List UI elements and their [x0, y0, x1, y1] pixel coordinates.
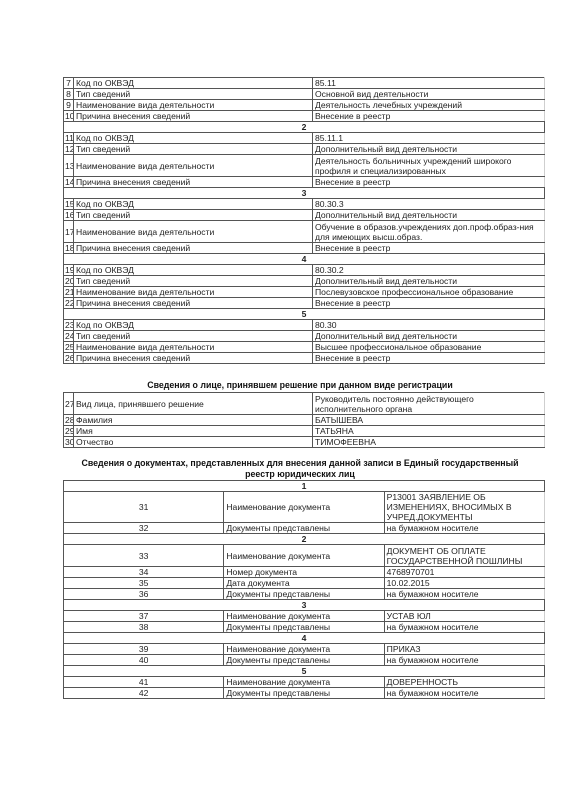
row-label: Наименование документа	[224, 611, 384, 622]
row-value: на бумажном носителе	[384, 523, 544, 534]
row-number: 39	[64, 644, 224, 655]
section-number-row: 1	[64, 481, 545, 492]
table-row: 37Наименование документаУСТАВ ЮЛ	[64, 611, 545, 622]
table-row: 10Причина внесения сведенийВнесение в ре…	[64, 111, 545, 122]
row-label: Код по ОКВЭД	[74, 199, 313, 210]
row-number: 14	[64, 177, 74, 188]
section-number: 3	[64, 188, 545, 199]
row-value: Внесение в реестр	[313, 177, 545, 188]
row-number: 9	[64, 100, 74, 111]
table-row: 33Наименование документаДОКУМЕНТ ОБ ОПЛА…	[64, 545, 545, 567]
row-number: 29	[64, 426, 74, 437]
table-row: 13Наименование вида деятельностиДеятельн…	[64, 155, 545, 177]
row-label: Наименование вида деятельности	[74, 100, 313, 111]
section-number: 2	[64, 122, 545, 133]
row-label: Документы представлены	[224, 622, 384, 633]
table-row: 28ФамилияБАТЫШЕВА	[64, 415, 545, 426]
table-row: 7Код по ОКВЭД85.11	[64, 78, 545, 89]
section-number: 3	[64, 600, 545, 611]
row-value: Дополнительный вид деятельности	[313, 210, 545, 221]
row-label: Имя	[74, 426, 313, 437]
table-row: 24Тип сведенийДополнительный вид деятель…	[64, 331, 545, 342]
row-number: 41	[64, 677, 224, 688]
row-number: 26	[64, 353, 74, 364]
table-row: 29ИмяТАТЬЯНА	[64, 426, 545, 437]
row-number: 11	[64, 133, 74, 144]
table-row: 26Причина внесения сведенийВнесение в ре…	[64, 353, 545, 364]
table-row: 30ОтчествоТИМОФЕЕВНА	[64, 437, 545, 448]
section-number-row: 5	[64, 309, 545, 320]
row-value: Внесение в реестр	[313, 111, 545, 122]
row-value: 80.30.2	[313, 265, 545, 276]
row-number: 37	[64, 611, 224, 622]
row-value: Внесение в реестр	[313, 243, 545, 254]
section-number: 5	[64, 666, 545, 677]
row-label: Дата документа	[224, 578, 384, 589]
section-number: 1	[64, 481, 545, 492]
row-value: ДОКУМЕНТ ОБ ОПЛАТЕ ГОСУДАРСТВЕННОЙ ПОШЛИ…	[384, 545, 544, 567]
row-value: Основной вид деятельности	[313, 89, 545, 100]
row-number: 33	[64, 545, 224, 567]
row-value: ТАТЬЯНА	[313, 426, 545, 437]
section-number-row: 4	[64, 633, 545, 644]
row-number: 17	[64, 221, 74, 243]
row-number: 28	[64, 415, 74, 426]
row-value: ПРИКАЗ	[384, 644, 544, 655]
row-number: 16	[64, 210, 74, 221]
row-number: 19	[64, 265, 74, 276]
row-number: 23	[64, 320, 74, 331]
row-label: Наименование вида деятельности	[74, 155, 313, 177]
row-value: ТИМОФЕЕВНА	[313, 437, 545, 448]
section-number-row: 4	[64, 254, 545, 265]
row-value: 85.11.1	[313, 133, 545, 144]
row-label: Номер документа	[224, 567, 384, 578]
row-label: Фамилия	[74, 415, 313, 426]
row-number: 8	[64, 89, 74, 100]
row-label: Документы представлены	[224, 589, 384, 600]
table-row: 15Код по ОКВЭД80.30.3	[64, 199, 545, 210]
row-value: 80.30	[313, 320, 545, 331]
row-label: Вид лица, принявшего решение	[74, 393, 313, 415]
row-label: Тип сведений	[74, 276, 313, 287]
row-label: Тип сведений	[74, 89, 313, 100]
row-number: 38	[64, 622, 224, 633]
row-number: 31	[64, 492, 224, 523]
row-label: Код по ОКВЭД	[74, 133, 313, 144]
row-label: Код по ОКВЭД	[74, 78, 313, 89]
row-label: Наименование документа	[224, 492, 384, 523]
section-number-row: 5	[64, 666, 545, 677]
table-row: 32Документы представленына бумажном носи…	[64, 523, 545, 534]
row-value: Деятельность больничных учреждений широк…	[313, 155, 545, 177]
section-number: 4	[64, 633, 545, 644]
row-number: 15	[64, 199, 74, 210]
row-number: 20	[64, 276, 74, 287]
section-number: 4	[64, 254, 545, 265]
row-value: Дополнительный вид деятельности	[313, 331, 545, 342]
row-label: Причина внесения сведений	[74, 353, 313, 364]
row-label: Документы представлены	[224, 688, 384, 699]
row-number: 27	[64, 393, 74, 415]
documents-table: 131Наименование документаР13001 ЗАЯВЛЕНИ…	[63, 480, 545, 699]
row-number: 13	[64, 155, 74, 177]
table-row: 8Тип сведенийОсновной вид деятельности	[64, 89, 545, 100]
row-value: на бумажном носителе	[384, 655, 544, 666]
row-value: на бумажном носителе	[384, 589, 544, 600]
row-label: Причина внесения сведений	[74, 111, 313, 122]
row-value: Внесение в реестр	[313, 298, 545, 309]
row-number: 25	[64, 342, 74, 353]
row-number: 35	[64, 578, 224, 589]
documents-heading-line1: Сведения о документах, представленных дл…	[55, 458, 545, 469]
documents-heading-line2: реестр юридических лиц	[55, 469, 545, 480]
row-number: 7	[64, 78, 74, 89]
row-value: 85.11	[313, 78, 545, 89]
row-number: 40	[64, 655, 224, 666]
row-number: 22	[64, 298, 74, 309]
row-value: на бумажном носителе	[384, 622, 544, 633]
row-label: Тип сведений	[74, 331, 313, 342]
row-value: Послевузовское профессиональное образова…	[313, 287, 545, 298]
table-row: 34Номер документа4768970701	[64, 567, 545, 578]
table-row: 14Причина внесения сведенийВнесение в ре…	[64, 177, 545, 188]
table-row: 12Тип сведенийДополнительный вид деятель…	[64, 144, 545, 155]
row-value: ДОВЕРЕННОСТЬ	[384, 677, 544, 688]
row-number: 36	[64, 589, 224, 600]
row-label: Наименование вида деятельности	[74, 287, 313, 298]
row-label: Тип сведений	[74, 210, 313, 221]
row-number: 42	[64, 688, 224, 699]
row-label: Наименование вида деятельности	[74, 221, 313, 243]
row-number: 18	[64, 243, 74, 254]
row-value: 4768970701	[384, 567, 544, 578]
row-label: Тип сведений	[74, 144, 313, 155]
row-value: Руководитель постоянно действующего испо…	[313, 393, 545, 415]
row-label: Причина внесения сведений	[74, 298, 313, 309]
table-row: 36Документы представленына бумажном носи…	[64, 589, 545, 600]
row-label: Отчество	[74, 437, 313, 448]
row-value: 10.02.2015	[384, 578, 544, 589]
row-number: 30	[64, 437, 74, 448]
section-number-row: 2	[64, 534, 545, 545]
person-section-heading: Сведения о лице, принявшем решение при д…	[55, 380, 545, 391]
table-row: 9Наименование вида деятельностиДеятельно…	[64, 100, 545, 111]
row-label: Наименование вида деятельности	[74, 342, 313, 353]
table-row: 23Код по ОКВЭД80.30	[64, 320, 545, 331]
section-number-row: 2	[64, 122, 545, 133]
row-number: 21	[64, 287, 74, 298]
row-value: Дополнительный вид деятельности	[313, 276, 545, 287]
section-number-row: 3	[64, 188, 545, 199]
row-value: Внесение в реестр	[313, 353, 545, 364]
person-table: 27Вид лица, принявшего решениеРуководите…	[63, 392, 545, 448]
table-row: 11Код по ОКВЭД85.11.1	[64, 133, 545, 144]
row-number: 34	[64, 567, 224, 578]
activities-table: 7Код по ОКВЭД85.118Тип сведенийОсновной …	[63, 77, 545, 364]
row-value: Дополнительный вид деятельности	[313, 144, 545, 155]
row-value: УСТАВ ЮЛ	[384, 611, 544, 622]
row-value: на бумажном носителе	[384, 688, 544, 699]
table-row: 42Документы представленына бумажном носи…	[64, 688, 545, 699]
table-row: 19Код по ОКВЭД80.30.2	[64, 265, 545, 276]
table-row: 20Тип сведенийДополнительный вид деятель…	[64, 276, 545, 287]
table-row: 27Вид лица, принявшего решениеРуководите…	[64, 393, 545, 415]
row-number: 32	[64, 523, 224, 534]
documents-section-heading: Сведения о документах, представленных дл…	[55, 458, 545, 480]
row-value: БАТЫШЕВА	[313, 415, 545, 426]
row-label: Наименование документа	[224, 545, 384, 567]
table-row: 21Наименование вида деятельностиПослевуз…	[64, 287, 545, 298]
row-value: Деятельность лечебных учреждений	[313, 100, 545, 111]
row-value: 80.30.3	[313, 199, 545, 210]
table-row: 39Наименование документаПРИКАЗ	[64, 644, 545, 655]
table-row: 17Наименование вида деятельностиОбучение…	[64, 221, 545, 243]
row-label: Документы представлены	[224, 523, 384, 534]
section-number: 5	[64, 309, 545, 320]
row-number: 10	[64, 111, 74, 122]
row-label: Код по ОКВЭД	[74, 320, 313, 331]
row-value: Р13001 ЗАЯВЛЕНИЕ ОБ ИЗМЕНЕНИЯХ, ВНОСИМЫХ…	[384, 492, 544, 523]
table-row: 38Документы представленына бумажном носи…	[64, 622, 545, 633]
table-row: 40Документы представленына бумажном носи…	[64, 655, 545, 666]
section-number: 2	[64, 534, 545, 545]
row-label: Код по ОКВЭД	[74, 265, 313, 276]
table-row: 18Причина внесения сведенийВнесение в ре…	[64, 243, 545, 254]
row-label: Документы представлены	[224, 655, 384, 666]
row-number: 24	[64, 331, 74, 342]
table-row: 16Тип сведенийДополнительный вид деятель…	[64, 210, 545, 221]
row-value: Высшее профессиональное образование	[313, 342, 545, 353]
row-value: Обучение в образов.учреждениях доп.проф.…	[313, 221, 545, 243]
row-label: Причина внесения сведений	[74, 243, 313, 254]
section-number-row: 3	[64, 600, 545, 611]
table-row: 35Дата документа10.02.2015	[64, 578, 545, 589]
row-number: 12	[64, 144, 74, 155]
row-label: Наименование документа	[224, 677, 384, 688]
table-row: 31Наименование документаР13001 ЗАЯВЛЕНИЕ…	[64, 492, 545, 523]
table-row: 25Наименование вида деятельностиВысшее п…	[64, 342, 545, 353]
row-label: Наименование документа	[224, 644, 384, 655]
row-label: Причина внесения сведений	[74, 177, 313, 188]
table-row: 22Причина внесения сведенийВнесение в ре…	[64, 298, 545, 309]
table-row: 41Наименование документаДОВЕРЕННОСТЬ	[64, 677, 545, 688]
